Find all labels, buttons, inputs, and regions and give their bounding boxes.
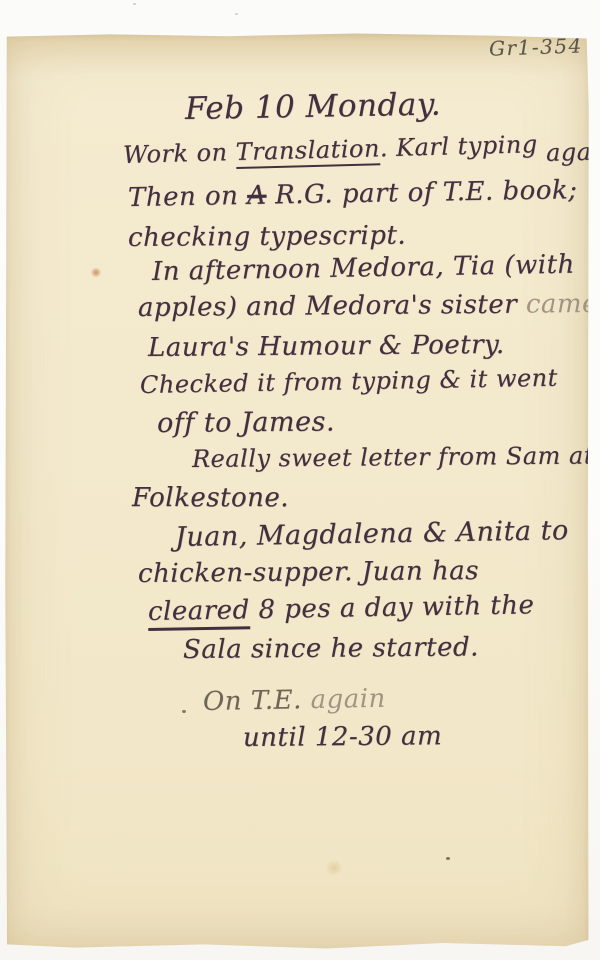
- scan-background: { "document": { "catalog_number": "Gr1-3…: [0, 0, 600, 960]
- handwritten-line-6: apples) and Medora's sister came.: [138, 290, 600, 324]
- handwritten-text-segment: off to James.: [157, 406, 335, 439]
- handwritten-text-segment: On T.E.: [203, 685, 311, 717]
- handwritten-text-segment: . Karl typing: [379, 130, 546, 162]
- handwritten-text-segment: Then on: [128, 181, 248, 213]
- handwritten-line-7: Laura's Humour & Poetry.: [148, 331, 505, 364]
- scanned-page-stage: Gr1-354 Feb 10 Monday.Work on Translatio…: [0, 0, 600, 960]
- handwritten-line-17: until 12-30 am: [243, 722, 442, 754]
- handwritten-text-segment: again: [310, 684, 386, 715]
- handwritten-text-segment: Translation: [235, 134, 380, 169]
- handwritten-line-4: checking typescript.: [128, 222, 406, 254]
- handwritten-line-8: Checked it from typing & it went: [140, 365, 558, 400]
- handwritten-text-segment: R.G. part of T.E. book;: [266, 175, 578, 210]
- handwritten-text-segment: apples) and Medora's sister: [138, 290, 526, 323]
- handwritten-text-segment: 8 pes a day with the: [249, 590, 534, 625]
- handwritten-text-segment: Sala since he started.: [183, 632, 479, 665]
- handwriting-layer: Feb 10 Monday.Work on Translation. Karl …: [5, 33, 589, 949]
- handwritten-text-segment: Folkestone.: [132, 483, 289, 513]
- handwritten-line-15: Sala since he started.: [183, 633, 479, 665]
- handwritten-line-2: Work on Translation. Karl typing again: [123, 129, 600, 169]
- handwritten-text-segment: Really sweet letter from Sam at: [192, 441, 594, 473]
- handwritten-text-segment: Feb 10 Monday.: [185, 87, 442, 127]
- handwritten-text-segment: A: [247, 181, 267, 211]
- handwritten-text-segment: Juan, Magdalena & Anita to: [175, 515, 569, 553]
- handwritten-line-10: Really sweet letter from Sam at: [192, 442, 594, 473]
- handwritten-text-segment: came.: [526, 289, 600, 320]
- handwritten-line-3: Then on A R.G. part of T.E. book;: [128, 176, 578, 214]
- handwritten-text-segment: again: [546, 138, 600, 167]
- handwritten-text-segment: chicken-supper. Juan has: [138, 556, 479, 589]
- handwritten-text-segment: cleared: [148, 595, 250, 631]
- scanner-dust-speck: [235, 13, 238, 15]
- handwritten-line-9: off to James.: [157, 406, 335, 439]
- handwritten-text-segment: In afternoon Medora, Tia (with: [152, 250, 575, 287]
- handwritten-line-16: On T.E. again: [203, 685, 386, 718]
- handwritten-line-1: Feb 10 Monday.: [185, 88, 442, 128]
- handwritten-line-14: cleared 8 pes a day with the: [148, 591, 535, 628]
- handwritten-line-13: chicken-supper. Juan has: [138, 557, 479, 590]
- handwritten-text-segment: Checked it from typing & it went: [140, 364, 558, 399]
- scanner-dust-speck: [133, 3, 136, 5]
- handwritten-text-segment: checking typescript.: [128, 221, 406, 253]
- handwritten-text-segment: Laura's Humour & Poetry.: [148, 330, 505, 363]
- paper-sheet: Gr1-354 Feb 10 Monday.Work on Translatio…: [5, 33, 589, 949]
- handwritten-line-5: In afternoon Medora, Tia (with: [152, 251, 575, 288]
- handwritten-text-segment: until 12-30 am: [243, 721, 442, 753]
- handwritten-line-12: Juan, Magdalena & Anita to: [175, 515, 569, 553]
- handwritten-text-segment: Work on: [123, 138, 236, 169]
- handwritten-line-11: Folkestone.: [132, 484, 289, 514]
